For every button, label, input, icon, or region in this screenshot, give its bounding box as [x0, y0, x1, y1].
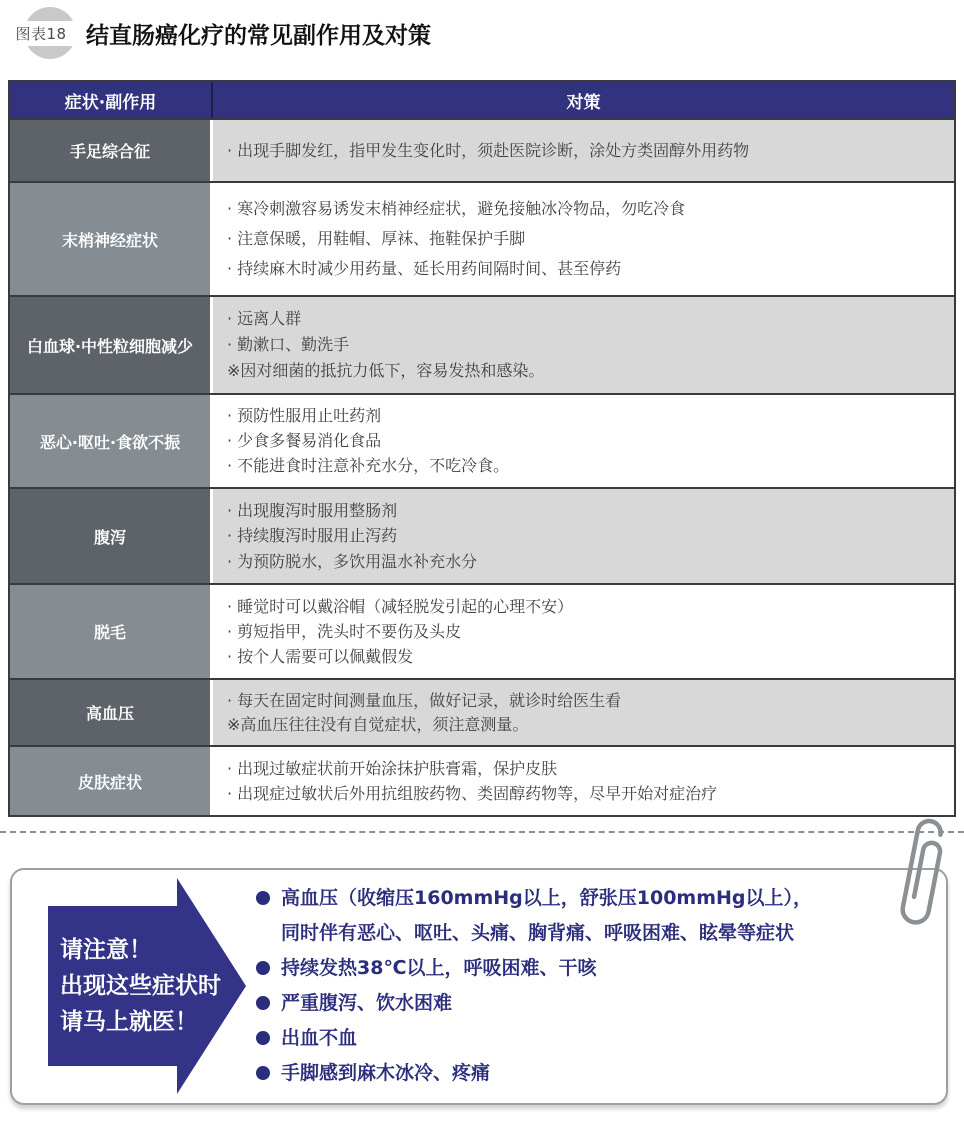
page-title: 结直肠癌化疗的常见副作用及对策 — [86, 17, 431, 50]
measure-line: · 远离人群 — [227, 308, 940, 330]
measure-line: · 出现症过敏状后外用抗组胺药物、类固醇药物等，尽早开始对症治疗 — [227, 783, 940, 805]
measure-line: · 预防性服用止吐药剂 — [227, 405, 940, 427]
bullet-icon — [256, 996, 270, 1010]
measures-cell: · 每天在固定时间测量血压，做好记录，就诊时给医生看 ※高血压往往没有自觉症状，… — [213, 680, 954, 745]
measure-line: · 寒冷刺激容易诱发末梢神经症状，避免接触冰冷物品，勿吃冷食 — [227, 198, 940, 220]
attention-arrow: 请注意！ 出现这些症状时 请马上就医！ — [38, 878, 246, 1094]
warning-text: 严重腹泻、饮水困难 — [281, 990, 452, 1016]
measure-line: · 勤漱口、勤洗手 — [227, 334, 940, 356]
measure-line: · 持续腹泻时服用止泻药 — [227, 525, 940, 547]
page: 图表18 结直肠癌化疗的常见副作用及对策 症状·副作用 对策 手足综合征 · 出… — [0, 0, 964, 1123]
measure-line: · 每天在固定时间测量血压，做好记录，就诊时给医生看 — [227, 690, 940, 712]
measure-line: ※因对细菌的抵抗力低下，容易发热和感染。 — [227, 360, 940, 382]
table-row: 末梢神经症状 · 寒冷刺激容易诱发末梢神经症状，避免接触冰冷物品，勿吃冷食 · … — [10, 181, 954, 295]
warning-item: 高血压（收缩压160mmHg以上，舒张压100mmHg以上）， 同时伴有恶心、呕… — [256, 885, 936, 946]
measure-line: · 剪短指甲，洗头时不要伤及头皮 — [227, 621, 940, 643]
measure-line: · 持续麻木时减少用药量、延长用药间隔时间、甚至停药 — [227, 258, 940, 280]
warning-list: 高血压（收缩压160mmHg以上，舒张压100mmHg以上）， 同时伴有恶心、呕… — [256, 885, 936, 1095]
symptom-cell: 高血压 — [10, 680, 213, 745]
table-row: 腹泻 · 出现腹泻时服用整肠剂 · 持续腹泻时服用止泻药 · 为预防脱水，多饮用… — [10, 487, 954, 583]
measures-cell: · 出现手脚发红，指甲发生变化时，须赴医院诊断，涂处方类固醇外用药物 — [213, 120, 954, 181]
warning-item: 严重腹泻、饮水困难 — [256, 990, 936, 1016]
table-row: 恶心·呕吐·食欲不振 · 预防性服用止吐药剂 · 少食多餐易消化食品 · 不能进… — [10, 393, 954, 487]
table-row: 高血压 · 每天在固定时间测量血压，做好记录，就诊时给医生看 ※高血压往往没有自… — [10, 678, 954, 745]
table-row: 白血球·中性粒细胞减少 · 远离人群 · 勤漱口、勤洗手 ※因对细菌的抵抗力低下… — [10, 295, 954, 393]
measures-cell: · 出现腹泻时服用整肠剂 · 持续腹泻时服用止泻药 · 为预防脱水，多饮用温水补… — [213, 489, 954, 583]
table-row: 脱毛 · 睡觉时可以戴浴帽（减轻脱发引起的心理不安） · 剪短指甲，洗头时不要伤… — [10, 583, 954, 678]
measure-line: · 出现手脚发红，指甲发生变化时，须赴医院诊断，涂处方类固醇外用药物 — [227, 140, 940, 162]
warning-text: 高血压（收缩压160mmHg以上，舒张压100mmHg以上）， — [281, 885, 812, 911]
measure-line: ※高血压往往没有自觉症状，须注意测量。 — [227, 714, 940, 736]
figure-header: 图表18 结直肠癌化疗的常见副作用及对策 — [0, 0, 964, 80]
symptom-cell: 末梢神经症状 — [10, 183, 213, 295]
symptom-cell: 白血球·中性粒细胞减少 — [10, 297, 213, 393]
symptom-cell: 脱毛 — [10, 585, 213, 678]
symptom-cell: 恶心·呕吐·食欲不振 — [10, 395, 213, 487]
measures-cell: · 睡觉时可以戴浴帽（减轻脱发引起的心理不安） · 剪短指甲，洗头时不要伤及头皮… — [213, 585, 954, 678]
warning-text: 手脚感到麻木冰冷、疼痛 — [281, 1060, 490, 1086]
table-row: 手足综合征 · 出现手脚发红，指甲发生变化时，须赴医院诊断，涂处方类固醇外用药物 — [10, 118, 954, 181]
table-header-row: 症状·副作用 对策 — [10, 82, 954, 118]
bullet-icon — [256, 961, 270, 975]
dashed-divider — [0, 831, 964, 833]
measure-line: · 按个人需要可以佩戴假发 — [227, 646, 940, 668]
bullet-icon — [256, 1066, 270, 1080]
measures-cell: · 预防性服用止吐药剂 · 少食多餐易消化食品 · 不能进食时注意补充水分，不吃… — [213, 395, 954, 487]
warning-text: 出血不血 — [281, 1025, 357, 1051]
symptom-cell: 皮肤症状 — [10, 747, 213, 815]
warning-text-continued: 同时伴有恶心、呕吐、头痛、胸背痛、呼吸困难、眩晕等症状 — [281, 920, 812, 946]
column-header-symptom: 症状·副作用 — [10, 82, 213, 118]
table-row: 皮肤症状 · 出现过敏症状前开始涂抹护肤膏霜，保护皮肤 · 出现症过敏状后外用抗… — [10, 745, 954, 815]
measure-line: · 出现腹泻时服用整肠剂 — [227, 500, 940, 522]
measure-line: · 不能进食时注意补充水分，不吃冷食。 — [227, 455, 940, 477]
measure-line: · 出现过敏症状前开始涂抹护肤膏霜，保护皮肤 — [227, 758, 940, 780]
measure-line: · 睡觉时可以戴浴帽（减轻脱发引起的心理不安） — [227, 596, 940, 618]
warning-item: 持续发热38℃以上，呼吸困难、干咳 — [256, 955, 936, 981]
attention-arrow-text: 出现这些症状时 — [60, 968, 246, 1004]
figure-number-badge: 图表18 — [5, 21, 77, 46]
symptom-cell: 腹泻 — [10, 489, 213, 583]
warning-item: 出血不血 — [256, 1025, 936, 1051]
notice-box: 请注意！ 出现这些症状时 请马上就医！ 高血压（收缩压160mmHg以上，舒张压… — [10, 868, 948, 1105]
attention-arrow-text: 请马上就医！ — [60, 1004, 246, 1040]
side-effects-table: 症状·副作用 对策 手足综合征 · 出现手脚发红，指甲发生变化时，须赴医院诊断，… — [8, 80, 956, 817]
warning-item: 手脚感到麻木冰冷、疼痛 — [256, 1060, 936, 1086]
warning-text: 持续发热38℃以上，呼吸困难、干咳 — [281, 955, 596, 981]
measures-cell: · 出现过敏症状前开始涂抹护肤膏霜，保护皮肤 · 出现症过敏状后外用抗组胺药物、… — [213, 747, 954, 815]
symptom-cell: 手足综合征 — [10, 120, 213, 181]
measures-cell: · 远离人群 · 勤漱口、勤洗手 ※因对细菌的抵抗力低下，容易发热和感染。 — [213, 297, 954, 393]
measure-line: · 为预防脱水，多饮用温水补充水分 — [227, 551, 940, 573]
measures-cell: · 寒冷刺激容易诱发末梢神经症状，避免接触冰冷物品，勿吃冷食 · 注意保暖，用鞋… — [213, 183, 954, 295]
column-header-measures: 对策 — [213, 82, 954, 118]
measure-line: · 少食多餐易消化食品 — [227, 430, 940, 452]
bullet-icon — [256, 1031, 270, 1045]
measure-line: · 注意保暖，用鞋帽、厚袜、拖鞋保护手脚 — [227, 228, 940, 250]
attention-arrow-text: 请注意！ — [60, 932, 246, 968]
warning-text-block: 高血压（收缩压160mmHg以上，舒张压100mmHg以上）， 同时伴有恶心、呕… — [281, 885, 812, 946]
bullet-icon — [256, 891, 270, 905]
